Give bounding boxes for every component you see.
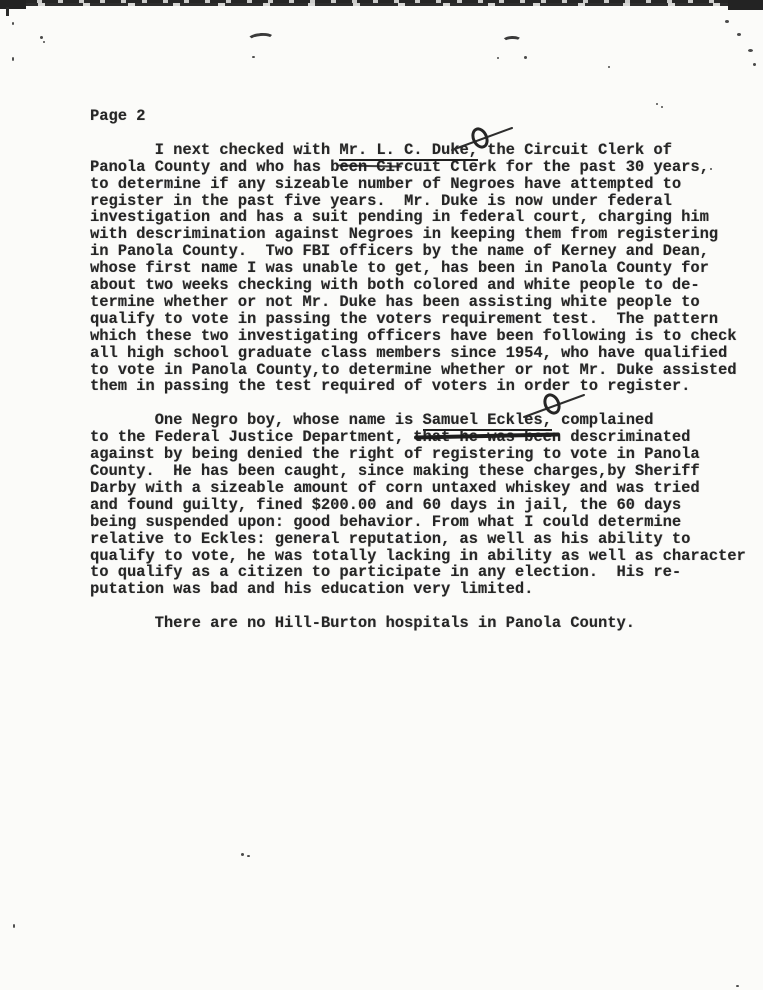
scan-speck — [737, 33, 741, 36]
scan-speck — [725, 20, 729, 23]
scan-speck — [497, 57, 499, 59]
scan-edge-blob-left — [0, 0, 26, 9]
paragraph-eckles-first-line: One Negro boy, whose name is Samuel Eckl… — [90, 412, 746, 429]
paragraph-duke-body-text: Panola County and who has been Circuit C… — [90, 159, 746, 396]
paragraph-duke: I next checked with Mr. L. C. Duke, the … — [90, 142, 746, 396]
page-number-label: Page 2 — [90, 108, 746, 125]
staple-arc-mark-right — [502, 36, 522, 47]
scan-speck — [753, 63, 756, 66]
typewritten-text-block: Page 2 I next checked with Mr. L. C. Duk… — [90, 108, 746, 632]
paragraph-eckles-body-text: to the Federal Justice Department, that … — [90, 429, 746, 598]
delete-mark-icon — [448, 122, 516, 154]
scan-tick-mark — [6, 7, 9, 16]
scanned-document-page: Page 2 I next checked with Mr. L. C. Duk… — [0, 0, 763, 990]
scan-speck — [40, 36, 43, 39]
blank-line — [90, 395, 746, 412]
scan-speck — [12, 57, 14, 61]
blank-line — [90, 125, 746, 142]
scan-speck — [13, 924, 15, 928]
blank-line — [90, 598, 746, 615]
paragraph-duke-intro-text: I next checked with — [90, 141, 339, 159]
scan-speck — [252, 56, 255, 58]
scan-speck — [748, 49, 753, 52]
delete-mark-icon — [520, 389, 588, 421]
paragraph-eckles-intro-text: One Negro boy, whose name is — [90, 411, 423, 429]
scan-speck — [608, 66, 610, 68]
paragraph-eckles: One Negro boy, whose name is Samuel Eckl… — [90, 412, 746, 598]
scan-edge-band — [0, 0, 763, 8]
scan-speck — [241, 853, 244, 856]
scan-edge-blob-right — [728, 0, 763, 10]
scan-speck — [710, 168, 712, 170]
scan-speck — [12, 22, 14, 25]
scan-speck — [656, 103, 658, 105]
scan-speck — [524, 56, 527, 59]
paragraph-hospitals-text: There are no Hill-Burton hospitals in Pa… — [90, 615, 746, 632]
staple-arc-mark-left — [247, 32, 276, 47]
scan-speck — [736, 985, 739, 987]
scan-speck — [43, 41, 45, 43]
scan-speck — [661, 106, 663, 108]
paragraph-duke-first-line: I next checked with Mr. L. C. Duke, the … — [90, 142, 746, 159]
scan-speck — [247, 855, 250, 857]
